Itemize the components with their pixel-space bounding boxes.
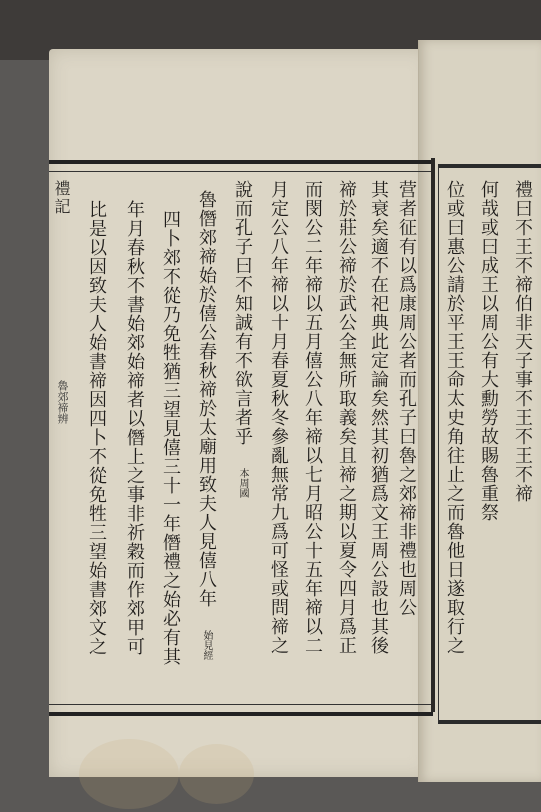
border-rule-bottom bbox=[49, 704, 433, 705]
text-column-4: 而閔公二年禘以五月僖公八年禘以七月昭公十五年禘以二 bbox=[302, 180, 322, 655]
column-text: 月定公八年禘以十月春夏秋冬參亂無常九爲可怪或問禘之 bbox=[268, 180, 289, 655]
water-stain bbox=[179, 744, 254, 804]
column-text: 而閔公二年禘以五月僖公八年禘以七月昭公十五年禘以二 bbox=[302, 180, 323, 655]
column-text: 魯僭郊禘始於僖公春秋禘於太廟用致夫人見僖八年 bbox=[196, 190, 217, 608]
water-stain bbox=[79, 739, 179, 809]
border-rule-top bbox=[49, 171, 433, 172]
text-column-6: 說而孔子曰不知誠有不欲言者乎 本周國 bbox=[232, 180, 252, 498]
annotation: 始見經 bbox=[201, 630, 212, 660]
right-text-column-2: 何哉或曰成王以周公有大勳勞故賜魯重祭 bbox=[478, 180, 498, 522]
column-text: 比是以因致夫人始書禘因四卜不從免牲三望始書郊文之 bbox=[86, 200, 107, 656]
column-text: 禮曰不王不禘伯非天子事不王不王不禘 bbox=[512, 180, 533, 503]
column-text: 說而孔子曰不知誠有不欲言者乎 bbox=[232, 180, 253, 446]
margin-note: 魯郊禘辨 bbox=[54, 380, 70, 424]
text-column-9: 年月春秋不書始郊始禘者以僭上之事非祈穀而作郊甲可 bbox=[124, 200, 144, 656]
annotation: 本周國 bbox=[237, 468, 248, 498]
text-column-10: 比是以因致夫人始書禘因四卜不從免牲三望始書郊文之 bbox=[86, 200, 106, 656]
right-text-column-1: 禮曰不王不禘伯非天子事不王不王不禘 bbox=[512, 180, 532, 503]
text-column-3: 禘於莊公禘於武公全無所取義矣且禘之期以夏令四月爲正 bbox=[336, 180, 356, 655]
book-gutter bbox=[431, 158, 435, 712]
text-column-2: 其衰矣適不在祀典此定論矣然其初猶爲文王周公設也其後 bbox=[368, 180, 388, 655]
column-text: 四卜郊不從乃免牲猶三望見僖三十一年僭禮之始必有其 bbox=[160, 210, 181, 666]
column-text: 其衰矣適不在祀典此定論矣然其初猶爲文王周公設也其後 bbox=[368, 180, 389, 655]
text-column-1: 营者征有以爲康周公者而孔子曰魯之郊禘非禮也周公 bbox=[396, 180, 416, 617]
column-text: 何哉或曰成王以周公有大勳勞故賜魯重祭 bbox=[478, 180, 499, 522]
text-column-7: 魯僭郊禘始於僖公春秋禘於太廟用致夫人見僖八年 始見經 bbox=[196, 190, 216, 660]
text-column-8: 四卜郊不從乃免牲猶三望見僖三十一年僭禮之始必有其 bbox=[160, 210, 180, 666]
column-text: 营者征有以爲康周公者而孔子曰魯之郊禘非禮也周公 bbox=[396, 180, 417, 617]
text-column-5: 月定公八年禘以十月春夏秋冬參亂無常九爲可怪或問禘之 bbox=[268, 180, 288, 655]
column-text: 年月春秋不書始郊始禘者以僭上之事非祈穀而作郊甲可 bbox=[124, 200, 145, 656]
margin-title: 禮記 bbox=[50, 180, 73, 216]
right-text-column-3: 位或曰惠公請於平王王命太史角往止之而魯他日遂取行之 bbox=[444, 180, 464, 655]
column-text: 位或曰惠公請於平王王命太史角往止之而魯他日遂取行之 bbox=[444, 180, 465, 655]
column-text: 禘於莊公禘於武公全無所取義矣且禘之期以夏令四月爲正 bbox=[336, 180, 357, 655]
